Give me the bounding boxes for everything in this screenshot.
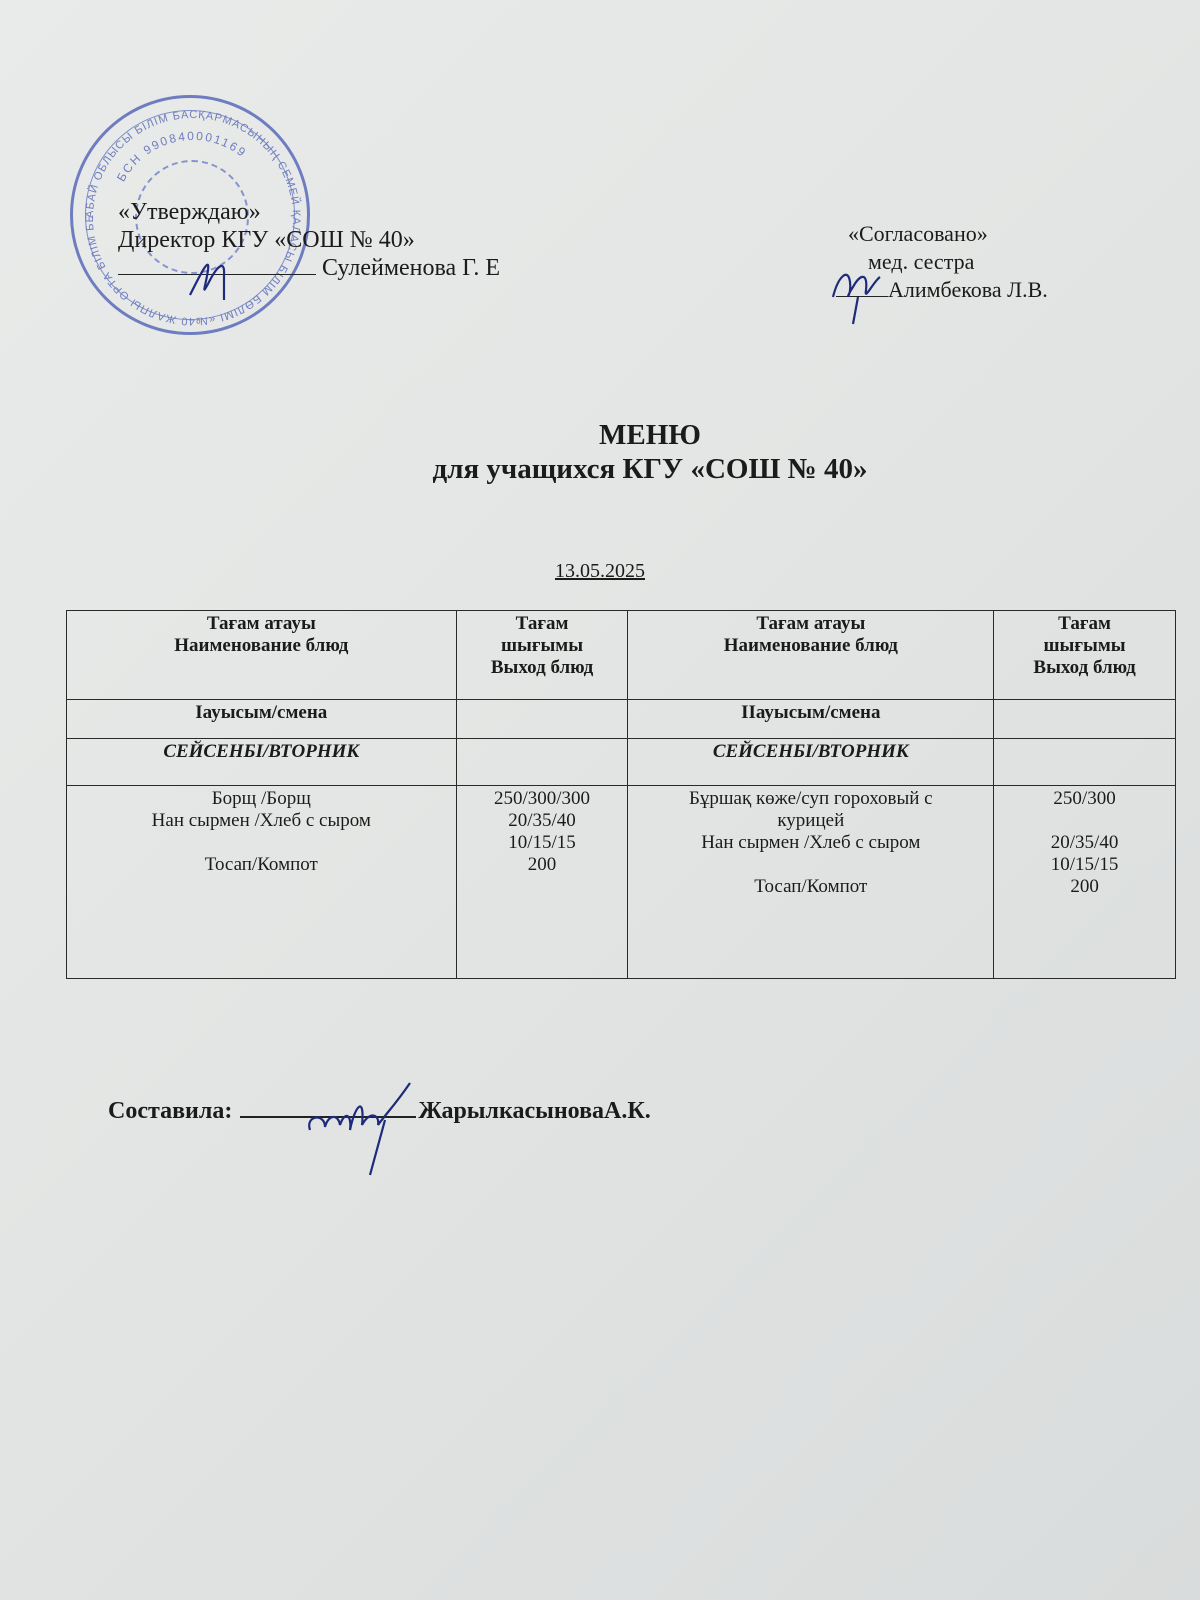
dishes-shift-1: Борщ /БорщНан сырмен /Хлеб с сыромТосап/… — [67, 786, 457, 979]
nurse-signature — [828, 262, 888, 332]
header-yield-2: ТағамшығымыВыход блюд — [994, 611, 1176, 700]
director-signature — [180, 245, 240, 305]
compiler-signature — [300, 1075, 430, 1185]
table-row: Борщ /БорщНан сырмен /Хлеб с сыромТосап/… — [67, 786, 1176, 979]
director-position: Директор КГУ «СОШ № 40» — [118, 226, 500, 254]
approval-block: «Утверждаю» Директор КГУ «СОШ № 40» Суле… — [118, 198, 500, 282]
title-line-1: МЕНЮ — [0, 418, 1200, 452]
shift-1: Іауысым/смена — [67, 700, 457, 739]
yields-shift-2: 250/30020/35/4010/15/15200 — [994, 786, 1176, 979]
header-dish-name-2: Тағам атауыНаименование блюд — [628, 611, 994, 700]
table-header-row: Тағам атауыНаименование блюд Тағамшығымы… — [67, 611, 1176, 700]
nurse-position: мед. сестра — [868, 248, 1048, 276]
menu-table: Тағам атауыНаименование блюд Тағамшығымы… — [66, 610, 1176, 979]
dishes-shift-2: Бұршақ көже/суп гороховый скурицейНан сы… — [628, 786, 994, 979]
compiled-by-label: Составила: — [108, 1098, 232, 1124]
header-yield-1: ТағамшығымыВыход блюд — [456, 611, 628, 700]
director-name: Сулейменова Г. Е — [322, 255, 500, 281]
day-row: СЕЙСЕНБІ/ВТОРНИК СЕЙСЕНБІ/ВТОРНИК — [67, 739, 1176, 786]
compiler-name: ЖарылкасыноваА.К. — [418, 1098, 650, 1124]
shift-row: Іауысым/смена ІІауысым/смена — [67, 700, 1176, 739]
shift-2: ІІауысым/смена — [628, 700, 994, 739]
day-2: СЕЙСЕНБІ/ВТОРНИК — [628, 739, 994, 786]
title-line-2: для учащихся КГУ «СОШ № 40» — [0, 452, 1200, 486]
menu-date: 13.05.2025 — [0, 560, 1200, 583]
approval-label: «Утверждаю» — [118, 198, 500, 226]
document-title: МЕНЮ для учащихся КГУ «СОШ № 40» — [0, 418, 1200, 486]
header-dish-name-1: Тағам атауыНаименование блюд — [67, 611, 457, 700]
nurse-name: Алимбекова Л.В. — [888, 277, 1048, 302]
day-1: СЕЙСЕНБІ/ВТОРНИК — [67, 739, 457, 786]
agreed-label: «Согласовано» — [848, 220, 1048, 248]
yields-shift-1: 250/300/30020/35/4010/15/15200 — [456, 786, 628, 979]
